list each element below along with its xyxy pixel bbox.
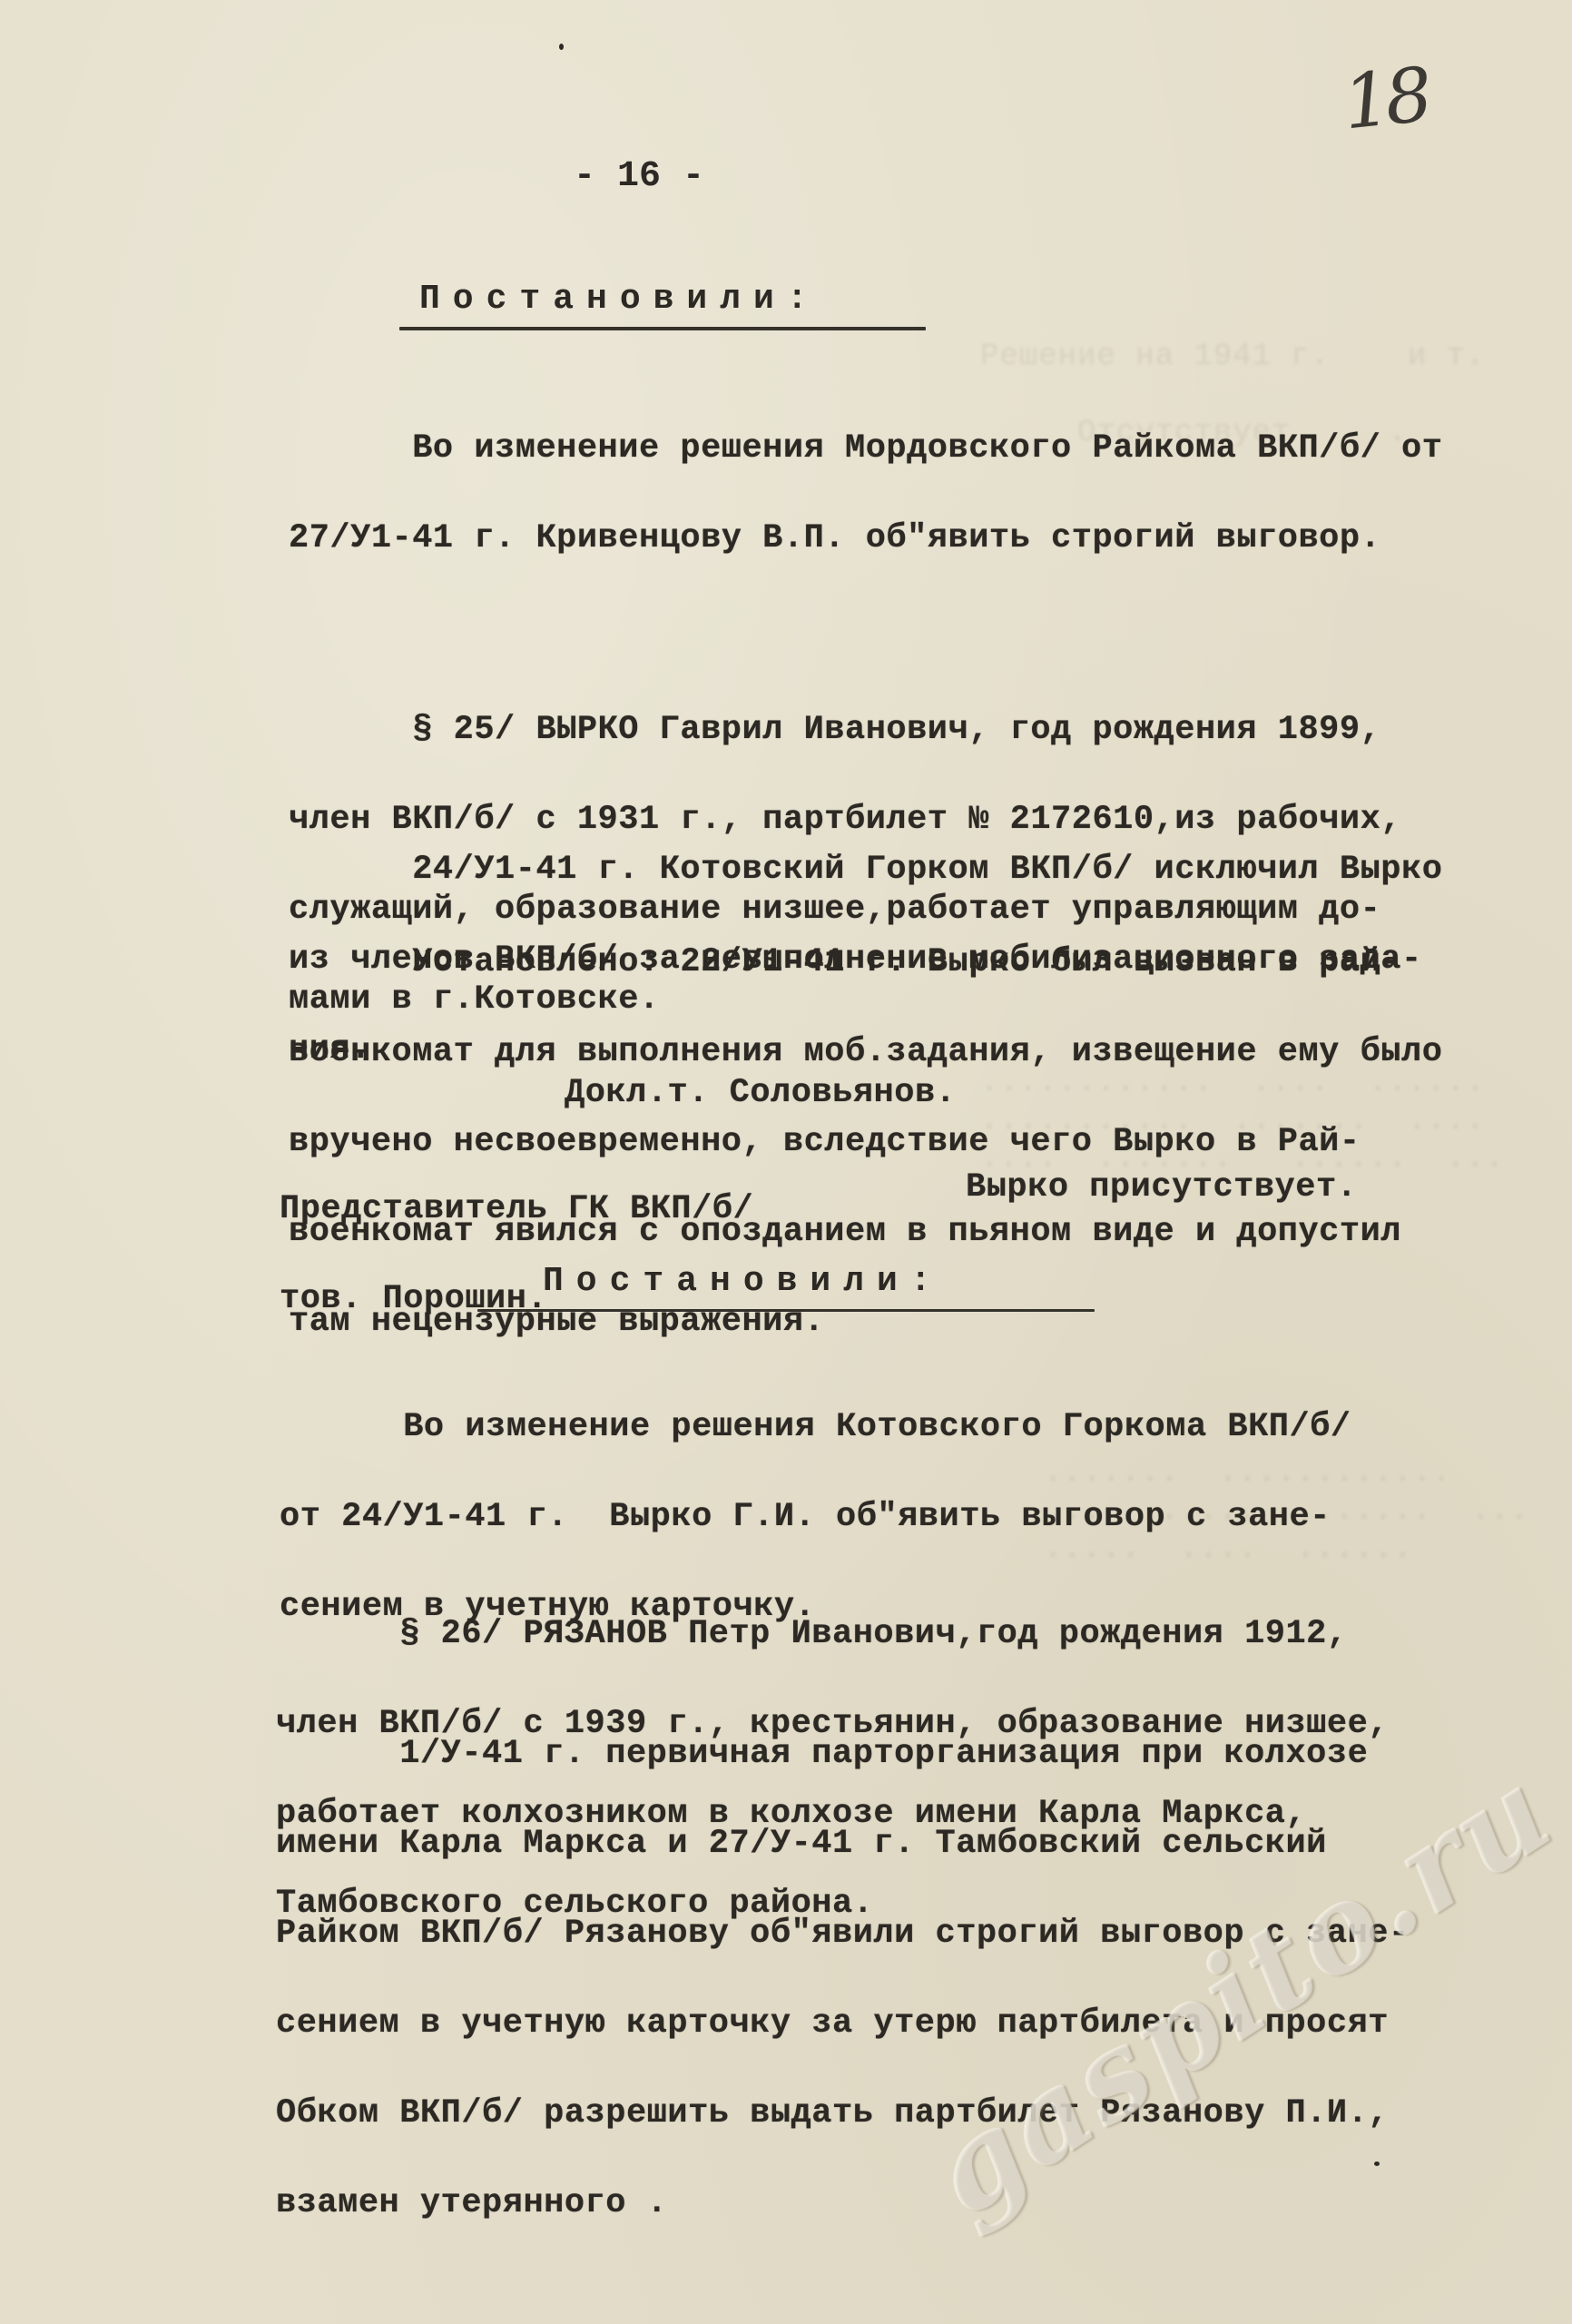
text-line: Представитель ГК ВКП/б/ xyxy=(280,1195,753,1225)
section-heading-resolved: Постановили: xyxy=(419,280,820,319)
case-25-attendance: Вырко присутствует. xyxy=(966,1173,1357,1203)
text-line: 24/У1-41 г. Котовский Горком ВКП/б/ искл… xyxy=(289,855,1442,885)
text-line: § 25/ ВЫРКО Гаврил Иванович, год рождени… xyxy=(289,715,1401,745)
heading-underline xyxy=(477,1309,1095,1312)
page-number: - 16 - xyxy=(574,156,704,197)
case-25-reporter: Докл.т. Соловьянов. xyxy=(565,1078,956,1108)
text-line: 1/У-41 г. первичная парторганизация при … xyxy=(276,1739,1410,1769)
ink-speck xyxy=(559,44,564,50)
text-line: Во изменение решения Мордовского Райкома… xyxy=(289,434,1442,464)
text-line: военкомат для выполнения моб.задания, из… xyxy=(289,1038,1442,1068)
section-heading-resolved: Постановили: xyxy=(543,1262,944,1301)
text-line: взамен утерянного . xyxy=(276,2189,1410,2219)
text-line: Обком ВКП/б/ разрешить выдать партбилет … xyxy=(276,2099,1410,2129)
resolution-paragraph: Во изменение решения Мордовского Райкома… xyxy=(289,374,1442,614)
text-line: § 26/ РЯЗАНОВ Петр Иванович,год рождения… xyxy=(276,1620,1389,1649)
document-page: Решение на 1941 г. и т. Отсутствует . ..… xyxy=(0,0,1572,2324)
text-line: 27/У1-41 г. Кривенцову В.П. об"явить стр… xyxy=(289,524,1442,554)
heading-underline xyxy=(399,327,926,330)
handwritten-folio-number: 18 xyxy=(1339,52,1431,146)
text-line: Установлено: 22/У1-41 г. Вырко был вызва… xyxy=(289,948,1442,978)
text-line: имени Карла Маркса и 27/У-41 г. Тамбовск… xyxy=(276,1829,1410,1859)
text-line: от 24/У1-41 г. Вырко Г.И. об"явить выгов… xyxy=(280,1502,1351,1532)
text-line: Во изменение решения Котовского Горкома … xyxy=(280,1413,1351,1443)
case-25-representative: Представитель ГК ВКП/б/ тов. Порошин. xyxy=(280,1135,753,1374)
